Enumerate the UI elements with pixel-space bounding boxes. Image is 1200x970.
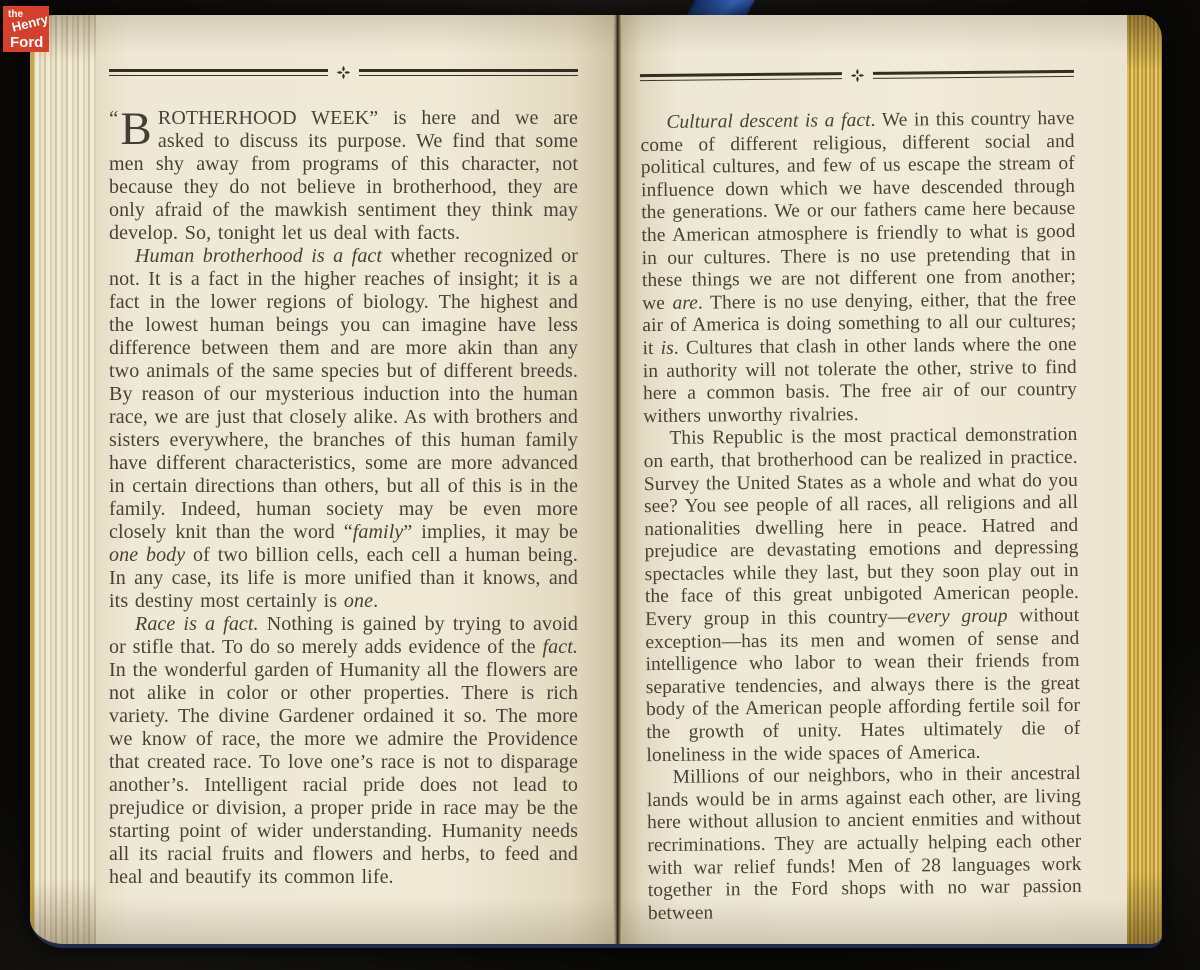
drop-cap: “B xyxy=(109,109,152,149)
logo-word-ford: Ford xyxy=(10,34,43,51)
left-page: “BROTHERHOOD WEEK” is here and we are as… xyxy=(96,15,613,944)
paragraph: Human brotherhood is a fact whether reco… xyxy=(109,245,578,613)
gilt-fore-edge xyxy=(1127,15,1162,944)
double-rule xyxy=(109,69,328,76)
page-stack-left-edge xyxy=(30,15,96,944)
henry-ford-logo: the Henry Ford xyxy=(3,6,49,52)
book-gutter xyxy=(613,15,622,944)
paragraph: “BROTHERHOOD WEEK” is here and we are as… xyxy=(109,107,578,245)
right-page: Cultural descent is a fact. We in this c… xyxy=(622,15,1127,944)
open-book: “BROTHERHOOD WEEK” is here and we are as… xyxy=(30,15,1162,948)
header-rule-right xyxy=(640,66,1074,84)
fleuron-ornament-icon xyxy=(328,66,359,79)
double-rule xyxy=(359,69,578,76)
double-rule xyxy=(872,69,1074,78)
paragraph: Cultural descent is a fact. We in this c… xyxy=(640,108,1077,428)
header-rule-left xyxy=(109,65,578,79)
right-page-text: Cultural descent is a fact. We in this c… xyxy=(640,108,1082,926)
fleuron-ornament-icon xyxy=(841,68,872,81)
double-rule xyxy=(640,72,842,81)
paragraph: Millions of our neighbors, who in their … xyxy=(647,763,1082,925)
right-page-content: Cultural descent is a fact. We in this c… xyxy=(640,66,1082,926)
book-photograph: “BROTHERHOOD WEEK” is here and we are as… xyxy=(0,0,1200,970)
paragraph: Race is a fact. Nothing is gained by try… xyxy=(109,613,578,889)
left-page-text: “BROTHERHOOD WEEK” is here and we are as… xyxy=(109,107,578,889)
paragraph: This Republic is the most practical demo… xyxy=(643,424,1080,767)
